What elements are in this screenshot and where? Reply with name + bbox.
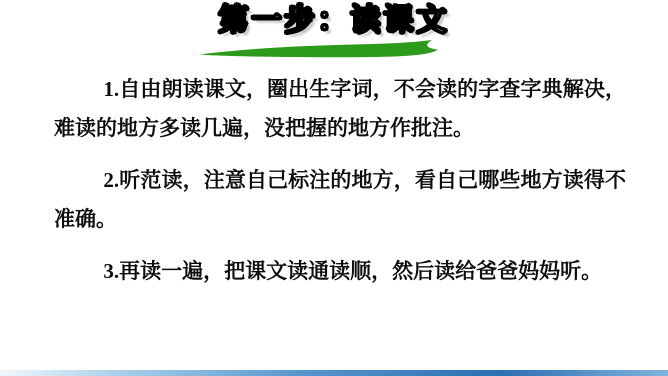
swoosh-shape: [200, 40, 438, 57]
paragraph-text: 再读一遍，把课文读通读顺，然后读给爸爸妈妈听。: [119, 259, 602, 283]
paragraph-text: 自由朗读课文，圈出生字词，不会读的字查字典解决，难读的地方多读几遍，没把握的地方…: [54, 77, 626, 140]
paragraph-text: 听范读，注意自己标注的地方，看自己哪些地方读得不准确。: [54, 168, 626, 231]
paragraph-number: 1.: [103, 77, 119, 101]
instruction-paragraph-1: 1.自由朗读课文，圈出生字词，不会读的字查字典解决，难读的地方多读几遍，没把握的…: [54, 70, 626, 148]
paragraph-number: 2.: [103, 168, 119, 192]
presentation-slide: 第一步：读课文 1.自由朗读课文，圈出生字词，不会读的字查字典解决，难读的地方多…: [0, 0, 668, 376]
instruction-paragraph-2: 2.听范读，注意自己标注的地方，看自己哪些地方读得不准确。: [54, 161, 626, 239]
paragraph-number: 3.: [103, 259, 119, 283]
instruction-list: 1.自由朗读课文，圈出生字词，不会读的字查字典解决，难读的地方多读几遍，没把握的…: [54, 70, 626, 304]
footer-accent-bar: [0, 370, 668, 376]
page-title: 第一步：读课文: [219, 4, 450, 38]
instruction-paragraph-3: 3.再读一遍，把课文读通读顺，然后读给爸爸妈妈听。: [54, 252, 626, 291]
green-swoosh-brushstroke: [199, 39, 439, 58]
slide-title-group: 第一步：读课文: [0, 4, 668, 38]
